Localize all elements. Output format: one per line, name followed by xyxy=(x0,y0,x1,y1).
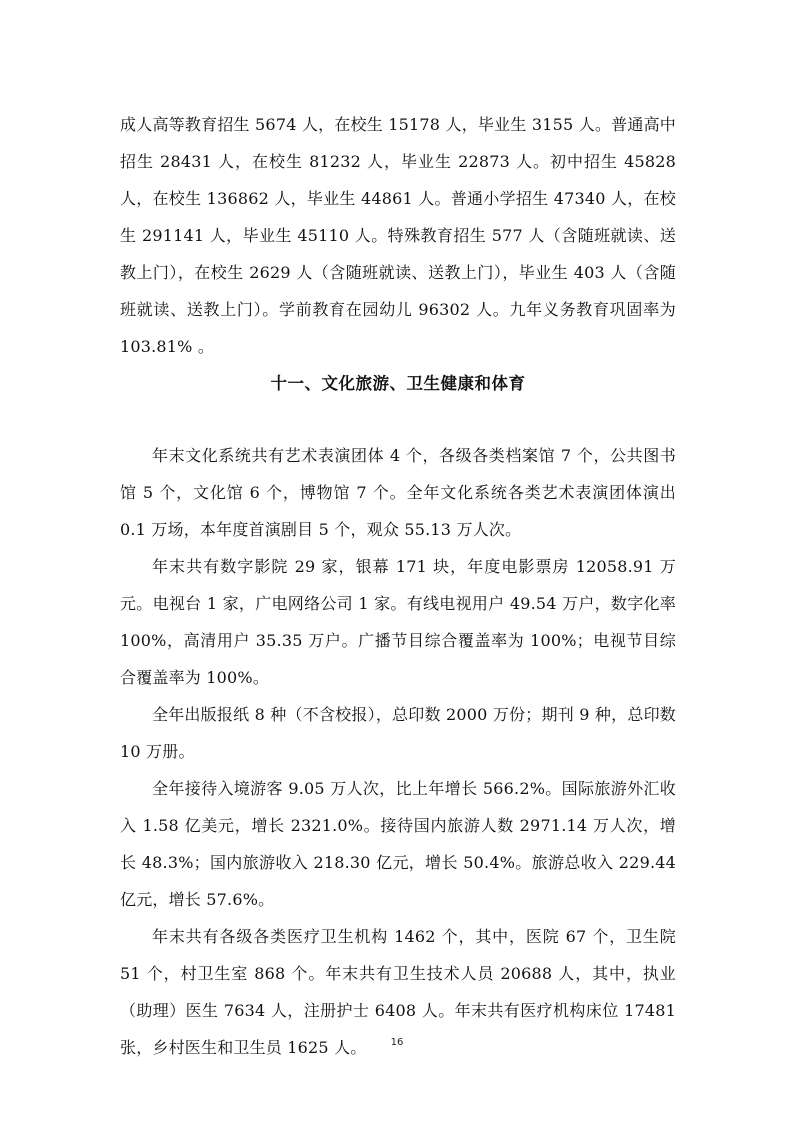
paragraph-publishing: 全年出版报纸 8 种（不含校报），总印数 2000 万份；期刊 9 种，总印数 … xyxy=(120,696,676,770)
paragraph-education-continued: 成人高等教育招生 5674 人，在校生 15178 人，毕业生 3155 人。普… xyxy=(120,106,676,365)
education-section-continued: 成人高等教育招生 5674 人，在校生 15178 人，毕业生 3155 人。普… xyxy=(120,106,676,365)
page-number: 16 xyxy=(0,1037,794,1048)
paragraph-culture-institutions: 年末文化系统共有艺术表演团体 4 个，各级各类档案馆 7 个，公共图书馆 5 个… xyxy=(120,437,676,548)
culture-health-section: 年末文化系统共有艺术表演团体 4 个，各级各类档案馆 7 个，公共图书馆 5 个… xyxy=(120,437,676,1066)
document-page: 成人高等教育招生 5674 人，在校生 15178 人，毕业生 3155 人。普… xyxy=(0,0,794,1123)
paragraph-cinema-broadcast: 年末共有数字影院 29 家，银幕 171 块，年度电影票房 12058.91 万… xyxy=(120,548,676,696)
section-heading: 十一、文化旅游、卫生健康和体育 xyxy=(120,370,676,398)
paragraph-tourism: 全年接待入境游客 9.05 万人次，比上年增长 566.2%。国际旅游外汇收入 … xyxy=(120,770,676,918)
